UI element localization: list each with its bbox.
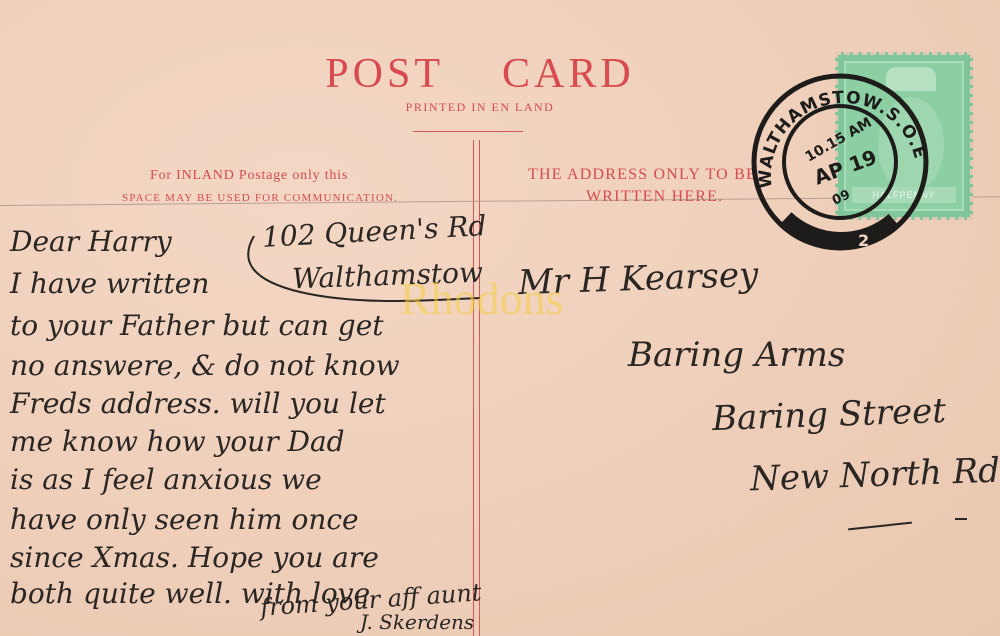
signature: J. Skerdens bbox=[360, 612, 474, 632]
header-rule bbox=[413, 131, 523, 132]
message-line: to your Father but can get bbox=[10, 312, 384, 340]
message-line: Dear Harry bbox=[10, 228, 172, 256]
message-line: is as I feel anxious we bbox=[10, 466, 322, 494]
address-note-line2: WRITTEN HERE. bbox=[586, 188, 723, 206]
message-line: no answere, & do not know bbox=[10, 352, 400, 380]
message-line: I have written bbox=[10, 270, 209, 298]
recipient-line3: New North Rd bbox=[749, 454, 1000, 497]
underline-dash bbox=[955, 518, 967, 520]
svg-text:09: 09 bbox=[830, 187, 853, 208]
title-post: POST bbox=[325, 50, 444, 98]
watermark: Rhodons bbox=[400, 272, 564, 325]
underline-dash bbox=[848, 522, 912, 531]
message-line: me know how your Dad bbox=[10, 428, 345, 456]
postmark-icon: WALTHAMSTOW.S.O.E 10.15 AM AP 19 09 2 bbox=[746, 68, 934, 256]
message-line: Freds address. will you let bbox=[10, 390, 386, 418]
message-line: have only seen him once bbox=[10, 506, 359, 534]
message-line: since Xmas. Hope you are bbox=[10, 544, 379, 572]
inland-note-line1: For INLAND Postage only this bbox=[150, 168, 348, 184]
recipient-line1: Baring Arms bbox=[628, 338, 845, 372]
address-note-line1: THE ADDRESS ONLY TO BE bbox=[528, 166, 757, 184]
postcard: POST CARD PRINTED IN EN LAND For INLAND … bbox=[0, 0, 1000, 636]
svg-text:2: 2 bbox=[858, 231, 869, 250]
title-card: CARD bbox=[502, 50, 635, 98]
recipient-line2: Baring Street bbox=[711, 394, 946, 436]
